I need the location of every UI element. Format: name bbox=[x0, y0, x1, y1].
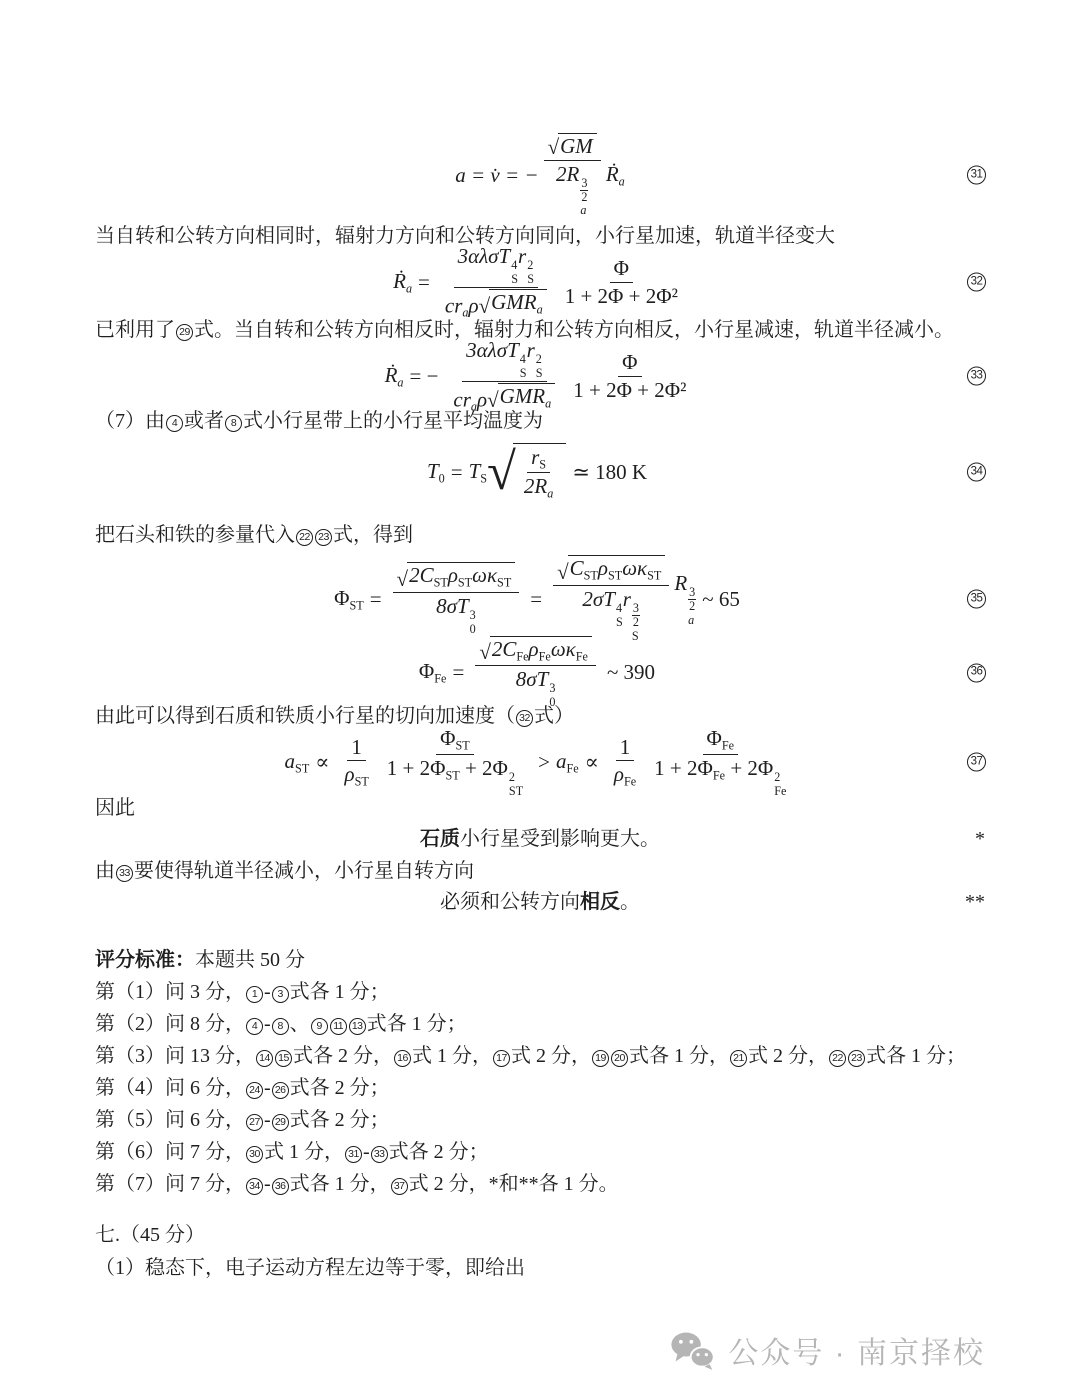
eq-token: 2 bbox=[633, 616, 639, 629]
eq-token: + 2Φ bbox=[460, 756, 508, 780]
eq-token: cr bbox=[453, 388, 471, 412]
conclusion-opposite-text: 必须和公转方向相反。 bbox=[440, 891, 640, 913]
radical-sign: √ bbox=[487, 452, 516, 493]
eq-token: T bbox=[537, 667, 549, 691]
eq-token: a = v̇ = − bbox=[455, 163, 538, 187]
fraction: 3αλσT4Sr2S craρ√GMRa bbox=[441, 243, 551, 321]
eq-token: ω bbox=[472, 563, 487, 587]
eq-token: S bbox=[511, 272, 518, 286]
eq-token: = bbox=[370, 587, 382, 611]
equation-36: ΦFe = √2CFeρFeωκFe 8σT30 ~ 390 36 bbox=[95, 645, 985, 700]
eq-token: κ bbox=[637, 556, 647, 580]
eq-token: ST bbox=[647, 569, 661, 583]
eq-token: C bbox=[570, 556, 584, 580]
eq-token: a bbox=[397, 375, 403, 389]
eq-token: Fe bbox=[539, 649, 551, 663]
eq-token: ρ bbox=[448, 563, 458, 587]
scoring-line-7: 第（7）问 7 分，34-36式各 1 分，37式 2 分，*和**各 1 分。 bbox=[95, 1170, 985, 1199]
document-page: a = v̇ = − √GM 2R32a Ṙa 31 当自转和公转方向相同时，辐… bbox=[0, 135, 1080, 1283]
paragraph-therefore: 因此 bbox=[95, 794, 985, 823]
eq-token: cr bbox=[445, 294, 463, 318]
fraction: Φ 1 + 2Φ + 2Φ² bbox=[569, 349, 690, 402]
eq-token: GMR bbox=[500, 384, 546, 408]
conclusion-stone-text: 石质小行星受到影响更大。 bbox=[420, 828, 660, 850]
eq-token: T bbox=[457, 594, 469, 618]
equation-32: Ṙa = 3αλσT4Sr2S craρ√GMRa Φ 1 + 2Φ + 2Φ²… bbox=[95, 253, 985, 311]
eq-token: Φ bbox=[419, 659, 434, 683]
eq-token: 0 bbox=[549, 695, 555, 709]
eq-token: ≃ 180 K bbox=[572, 460, 647, 484]
eq-token: + 2Φ bbox=[725, 756, 773, 780]
eq-token: a bbox=[556, 749, 567, 773]
equation-number: 31 bbox=[967, 166, 986, 185]
fraction: √2CSTρSTωκST 8σT30 bbox=[393, 561, 520, 637]
eq-token: ST bbox=[456, 739, 470, 753]
eq-token: ρ bbox=[477, 388, 487, 412]
eq-token: = − bbox=[409, 364, 438, 388]
conclusion-opposite: 必须和公转方向相反。 ** bbox=[95, 888, 985, 916]
scoring-header: 评分标准：本题共 50 分 bbox=[95, 946, 985, 975]
score-marker-star: * bbox=[975, 825, 985, 853]
eq-token: S bbox=[632, 629, 639, 643]
eq-token: a bbox=[619, 174, 625, 188]
eq-token: = bbox=[452, 660, 464, 684]
equation-31: a = v̇ = − √GM 2R32a Ṙa 31 bbox=[95, 135, 985, 215]
eq-token: r bbox=[518, 244, 526, 268]
eq-token: Φ bbox=[334, 586, 349, 610]
eq-token: ∝ bbox=[315, 750, 329, 774]
equation-number: 34 bbox=[967, 463, 986, 482]
scoring-line-1: 第（1）问 3 分，1-3式各 1 分； bbox=[95, 978, 985, 1007]
fraction: 1ρST bbox=[340, 734, 372, 789]
eq-token: T bbox=[427, 459, 439, 483]
eq-token: ρ bbox=[614, 762, 624, 786]
eq-token: 2 bbox=[536, 352, 542, 366]
eq-token: S bbox=[527, 272, 534, 286]
eq-token: a bbox=[545, 397, 551, 411]
eq-token: ρ bbox=[344, 762, 354, 786]
eq-token: T bbox=[603, 587, 615, 611]
eq-token: 4 bbox=[616, 601, 622, 615]
eq-token: 3 bbox=[470, 608, 476, 622]
eq-token: ST bbox=[497, 575, 511, 589]
eq-token: 1 bbox=[616, 734, 635, 761]
eq-token: 1 bbox=[347, 734, 366, 761]
eq-token: Φ bbox=[707, 726, 722, 750]
eq-token: ∝ bbox=[585, 750, 599, 774]
fraction: √GM 2R32a bbox=[544, 132, 601, 219]
eq-token: ST bbox=[355, 775, 369, 789]
eq-token: 1 + 2Φ + 2Φ² bbox=[561, 283, 682, 309]
eq-token: 4 bbox=[511, 258, 517, 272]
paragraph-substitute: 把石头和铁的参量代入2223式，得到 bbox=[95, 521, 985, 550]
fraction: √2CFeρFeωκFe 8σT30 bbox=[475, 635, 596, 711]
eq-token: 0 bbox=[439, 471, 445, 485]
eq-token: Φ bbox=[618, 349, 641, 376]
eq-token: Fe bbox=[434, 672, 446, 686]
eq-token: Fe bbox=[576, 649, 588, 663]
eq-token: ST bbox=[434, 575, 448, 589]
eq-token: 2σ bbox=[582, 587, 603, 611]
eq-token: 8σ bbox=[516, 667, 537, 691]
eq-token: 0 bbox=[470, 622, 476, 636]
eq-token: Fe bbox=[566, 761, 578, 775]
eq-token: S bbox=[616, 615, 623, 629]
eq-token: GM bbox=[558, 133, 597, 158]
eq-token: 2C bbox=[409, 563, 434, 587]
eq-token: Ṙ bbox=[385, 363, 398, 387]
eq-token: ρ bbox=[468, 294, 478, 318]
eq-token: Fe bbox=[722, 739, 734, 753]
eq-token: ST bbox=[584, 569, 598, 583]
equation-number: 35 bbox=[967, 590, 986, 609]
eq-token: 2 bbox=[509, 770, 515, 784]
eq-token: 2 bbox=[689, 600, 695, 613]
eq-token: 3 bbox=[688, 586, 696, 600]
eq-token: 3 bbox=[632, 602, 640, 616]
eq-token: 3αλσ bbox=[458, 244, 499, 268]
wechat-icon bbox=[670, 1331, 716, 1370]
eq-token: Φ bbox=[610, 255, 633, 282]
equation-number: 33 bbox=[967, 367, 986, 386]
eq-token: > bbox=[538, 750, 550, 774]
eq-token: ST bbox=[458, 575, 472, 589]
section-7-line-1: （1）稳态下，电子运动方程左边等于零，即给出 bbox=[95, 1254, 985, 1283]
fraction: √CSTρSTωκST 2σT4Sr32S bbox=[553, 554, 669, 643]
eq-token: S bbox=[520, 366, 527, 380]
eq-token: a bbox=[547, 486, 553, 500]
eq-token: 4 bbox=[520, 352, 526, 366]
eq-token: = bbox=[418, 270, 430, 294]
fraction: ΦFe1 + 2ΦFe + 2Φ2Fe bbox=[650, 725, 790, 798]
fraction: 3αλσT4Sr2S craρ√GMRa bbox=[449, 337, 559, 415]
equation-number: 32 bbox=[967, 273, 986, 292]
eq-token: = bbox=[530, 587, 542, 611]
eq-token: S bbox=[536, 366, 543, 380]
eq-token: S bbox=[539, 457, 546, 471]
eq-token: Ṙ bbox=[393, 269, 406, 293]
eq-token: ST bbox=[608, 569, 622, 583]
eq-token: T bbox=[499, 244, 511, 268]
eq-token: 2R bbox=[556, 162, 579, 186]
fraction: Φ 1 + 2Φ + 2Φ² bbox=[561, 255, 682, 308]
eq-token: ρ bbox=[529, 637, 539, 661]
scoring-line-5: 第（5）问 6 分，27-29式各 2 分； bbox=[95, 1106, 985, 1135]
section-7-heading: 七.（45 分） bbox=[95, 1221, 985, 1250]
eq-token: ρ bbox=[598, 556, 608, 580]
eq-token: a bbox=[537, 303, 543, 317]
conclusion-stone: 石质小行星受到影响更大。 * bbox=[95, 825, 985, 853]
scoring-line-3: 第（3）问 13 分，1415式各 2 分，16式 1 分，17式 2 分，19… bbox=[95, 1042, 985, 1071]
eq-token: R bbox=[674, 571, 687, 595]
eq-token: ω bbox=[551, 637, 566, 661]
eq-token: 2C bbox=[492, 637, 517, 661]
eq-token: a bbox=[580, 203, 586, 217]
eq-token: T bbox=[507, 338, 519, 362]
eq-token: 3 bbox=[580, 177, 588, 191]
eq-token: Fe bbox=[516, 649, 528, 663]
eq-token: r bbox=[623, 587, 631, 611]
eq-token: 2 bbox=[527, 258, 533, 272]
eq-token: T bbox=[469, 459, 481, 483]
equation-37: aST ∝ 1ρST ΦST1 + 2ΦST + 2Φ2ST > aFe ∝ 1… bbox=[95, 733, 985, 791]
eq-token: r bbox=[527, 338, 535, 362]
paragraph-by-33: 由33要使得轨道半径减小，小行星自转方向 bbox=[95, 857, 985, 886]
eq-token: a bbox=[688, 613, 694, 627]
eq-token: GMR bbox=[491, 290, 537, 314]
score-marker-double-star: ** bbox=[965, 888, 985, 916]
eq-token: a bbox=[406, 281, 412, 295]
eq-token: ω bbox=[622, 556, 637, 580]
eq-token: κ bbox=[487, 563, 497, 587]
equation-33: Ṙa = − 3αλσT4Sr2S craρ√GMRa Φ 1 + 2Φ + 2… bbox=[95, 347, 985, 405]
eq-token: 2 bbox=[774, 770, 780, 784]
scoring-line-6: 第（6）问 7 分，30式 1 分，31-33式各 2 分； bbox=[95, 1138, 985, 1167]
eq-token: ST bbox=[349, 598, 363, 612]
equation-35: ΦST = √2CSTρSTωκST 8σT30 = √CSTρSTωκST 2… bbox=[95, 553, 985, 645]
watermark-label: 公众号 · 南京择校 bbox=[728, 1328, 985, 1372]
eq-token: Fe bbox=[713, 768, 725, 782]
eq-token: ~ 390 bbox=[607, 660, 655, 684]
scoring-line-2: 第（2）问 8 分，4-8、91113式各 1 分； bbox=[95, 1010, 985, 1039]
eq-token: 3 bbox=[549, 681, 555, 695]
equation-number: 37 bbox=[967, 753, 986, 772]
eq-token: κ bbox=[566, 637, 576, 661]
eq-token: ST bbox=[509, 784, 523, 798]
eq-token: ST bbox=[295, 761, 309, 775]
eq-token: 8σ bbox=[436, 594, 457, 618]
equation-number: 36 bbox=[967, 663, 986, 682]
eq-token: 2R bbox=[524, 474, 547, 498]
eq-token: a bbox=[285, 749, 296, 773]
fraction: ΦST1 + 2ΦST + 2Φ2ST bbox=[383, 725, 527, 798]
eq-token: ST bbox=[446, 768, 460, 782]
eq-token: 1 + 2Φ bbox=[387, 756, 446, 780]
eq-token: Φ bbox=[440, 726, 455, 750]
eq-token: Fe bbox=[624, 775, 636, 789]
fraction: 1ρFe bbox=[610, 734, 640, 789]
scoring-line-4: 第（4）问 6 分，24-26式各 2 分； bbox=[95, 1074, 985, 1103]
eq-token: 1 + 2Φ bbox=[654, 756, 713, 780]
fraction: rS2Ra bbox=[520, 444, 557, 502]
eq-token: ~ 65 bbox=[702, 587, 740, 611]
eq-token: 3αλσ bbox=[466, 338, 507, 362]
eq-token: Fe bbox=[774, 784, 786, 798]
eq-token: = bbox=[451, 460, 463, 484]
eq-token: 1 + 2Φ + 2Φ² bbox=[569, 377, 690, 403]
eq-token: S bbox=[480, 471, 487, 485]
eq-token: 2 bbox=[581, 191, 587, 204]
equation-34: T0 = TS √rS2Ra ≃ 180 K 34 bbox=[95, 438, 985, 506]
wechat-watermark: 公众号 · 南京择校 bbox=[670, 1328, 985, 1372]
eq-token: Ṙ bbox=[606, 162, 619, 186]
